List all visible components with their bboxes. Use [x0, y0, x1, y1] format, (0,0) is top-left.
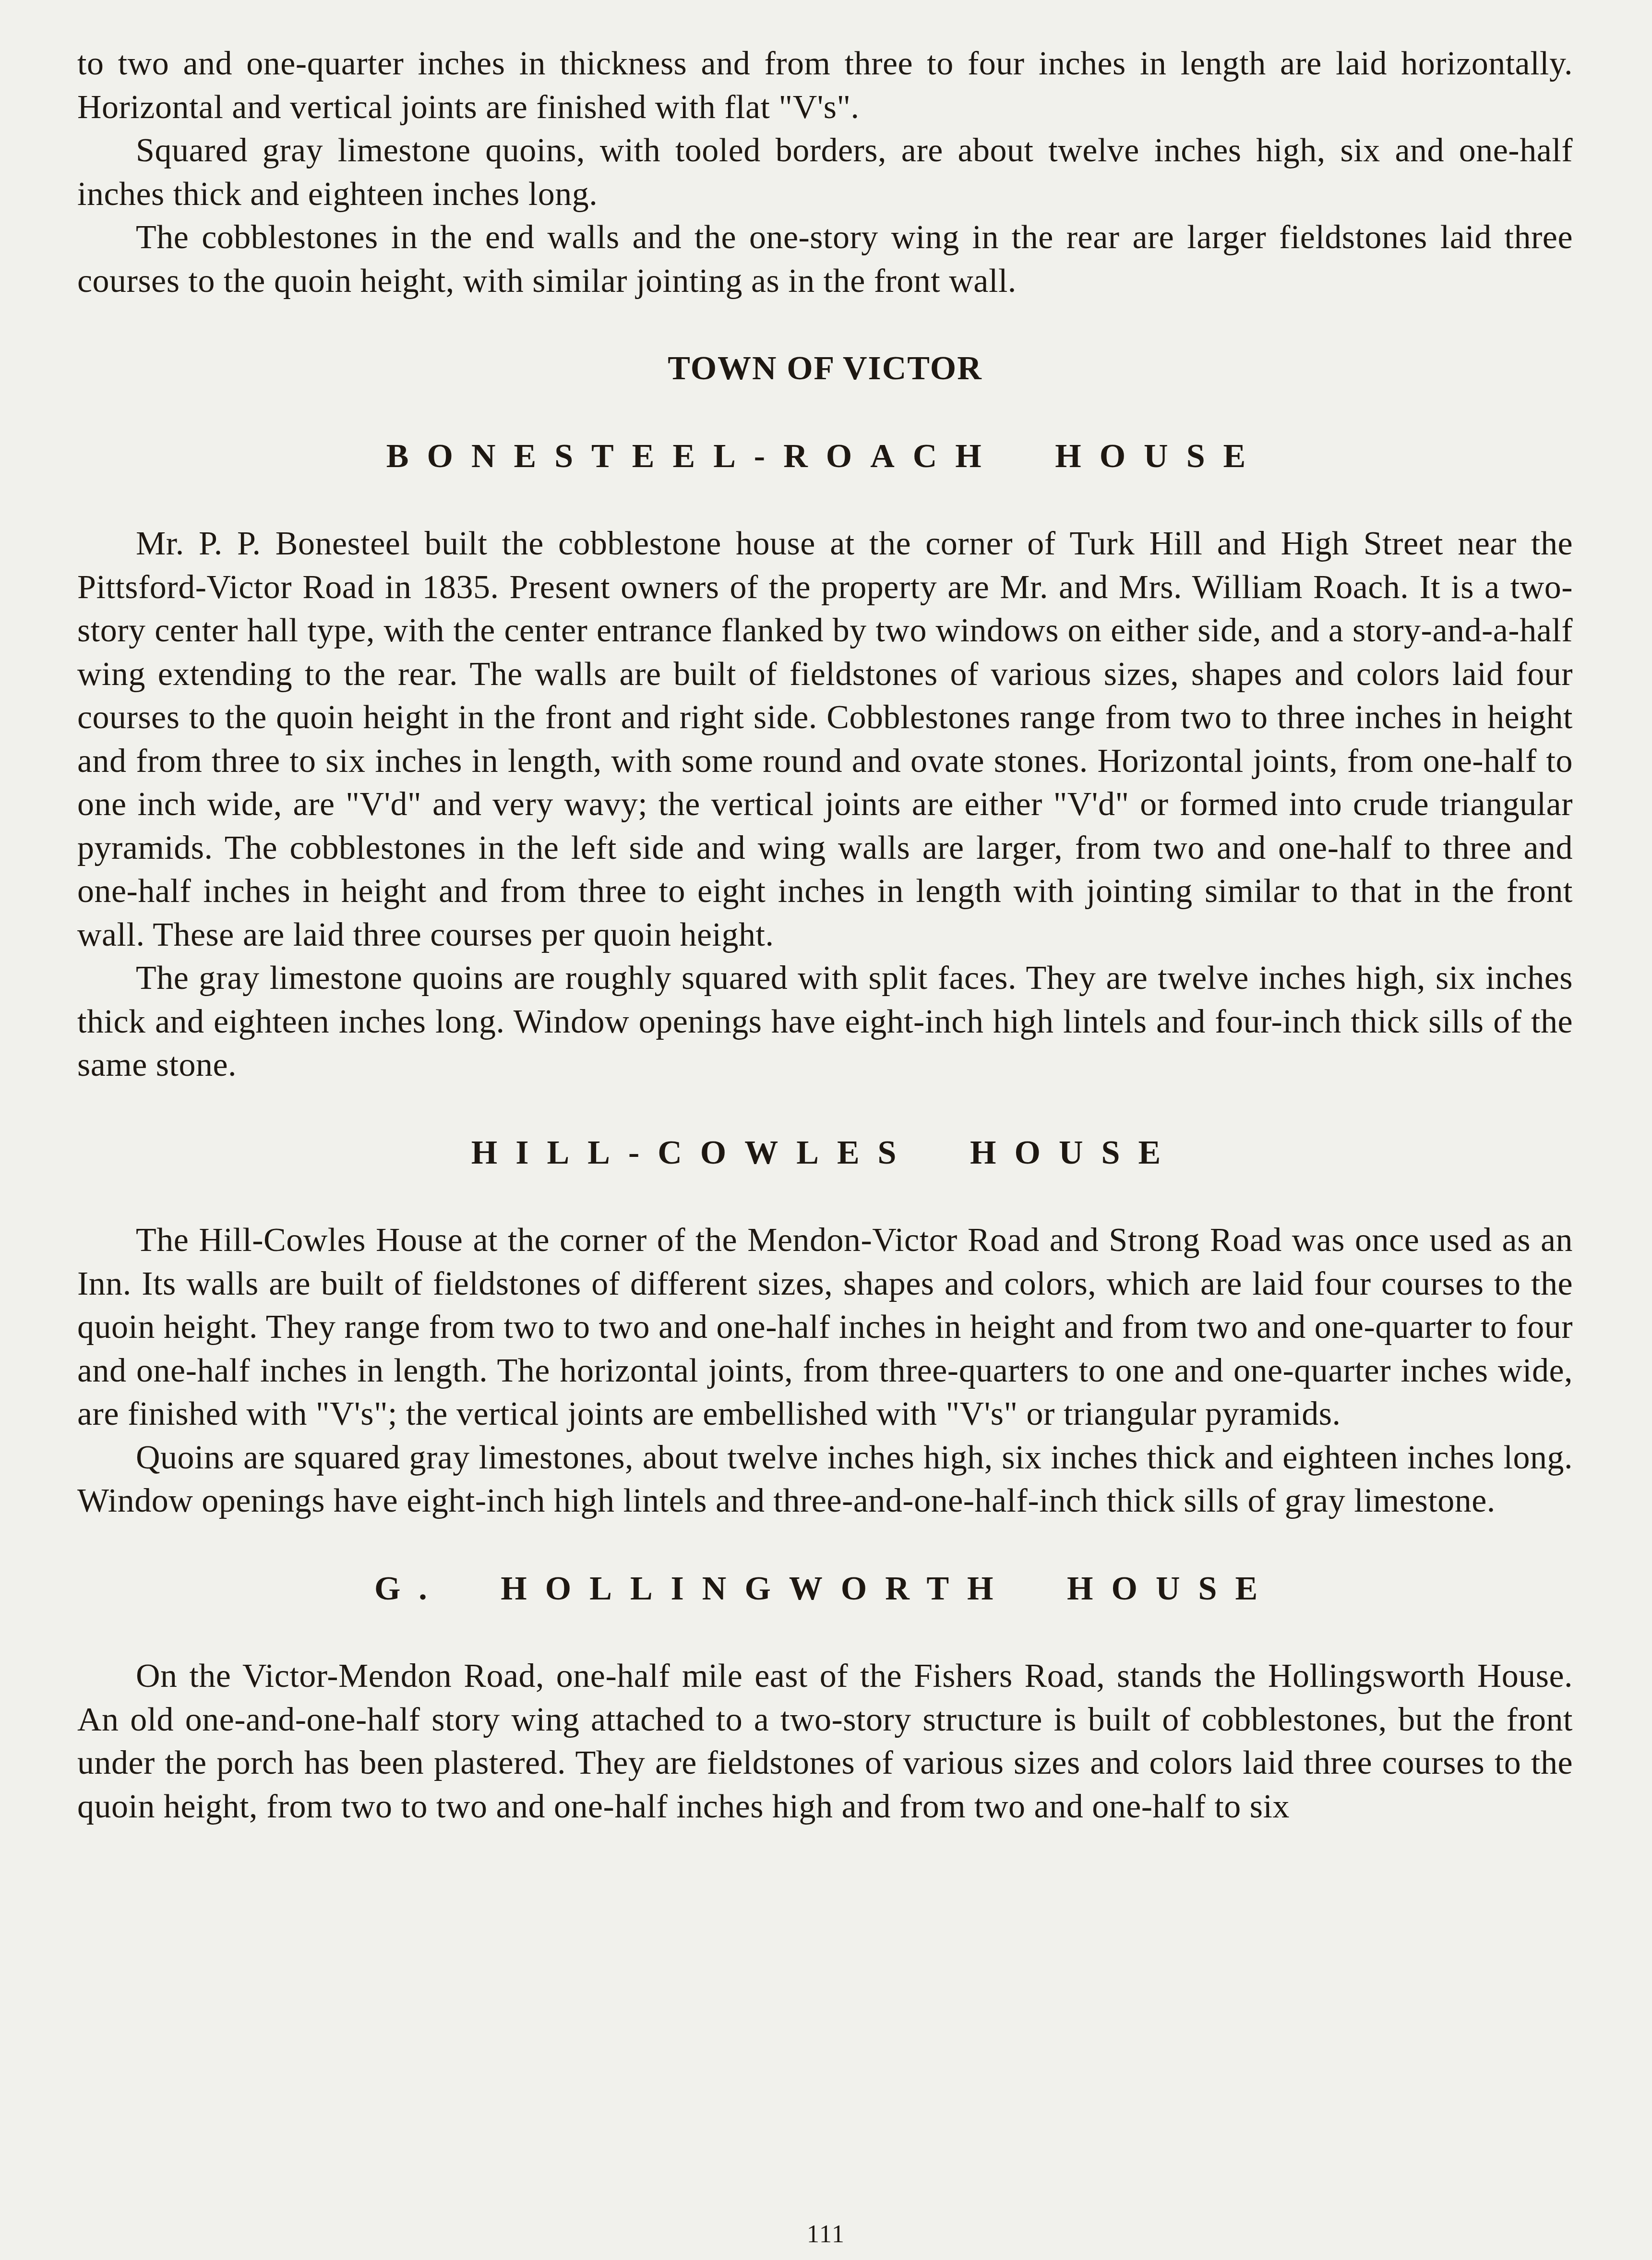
document-page: to two and one-quarter inches in thickne…: [77, 42, 1573, 1828]
section-heading: G. HOLLINGWORTH HOUSE: [77, 1567, 1573, 1611]
section-hollingworth-house: G. HOLLINGWORTH HOUSE On the Victor-Mend…: [77, 1567, 1573, 1829]
town-heading: TOWN OF VICTOR: [77, 347, 1573, 391]
continuation-paragraph-3: The cobblestones in the end walls and th…: [77, 216, 1573, 303]
section-heading: HILL-COWLES HOUSE: [77, 1131, 1573, 1175]
section-paragraph: On the Victor-Mendon Road, one-half mile…: [77, 1655, 1573, 1828]
page-number: 111: [0, 2220, 1652, 2248]
section-paragraph: The gray limestone quoins are roughly sq…: [77, 957, 1573, 1087]
continuation-paragraph-1: to two and one-quarter inches in thickne…: [77, 42, 1573, 129]
section-hill-cowles-house: HILL-COWLES HOUSE The Hill-Cowles House …: [77, 1131, 1573, 1523]
section-paragraph: The Hill-Cowles House at the corner of t…: [77, 1219, 1573, 1436]
section-heading: BONESTEEL-ROACH HOUSE: [77, 435, 1573, 479]
section-bonesteel-roach-house: BONESTEEL-ROACH HOUSE Mr. P. P. Bonestee…: [77, 435, 1573, 1087]
section-paragraph: Mr. P. P. Bonesteel built the cobbleston…: [77, 522, 1573, 957]
continuation-paragraph-2: Squared gray limestone quoins, with tool…: [77, 129, 1573, 216]
section-paragraph: Quoins are squared gray limestones, abou…: [77, 1436, 1573, 1523]
